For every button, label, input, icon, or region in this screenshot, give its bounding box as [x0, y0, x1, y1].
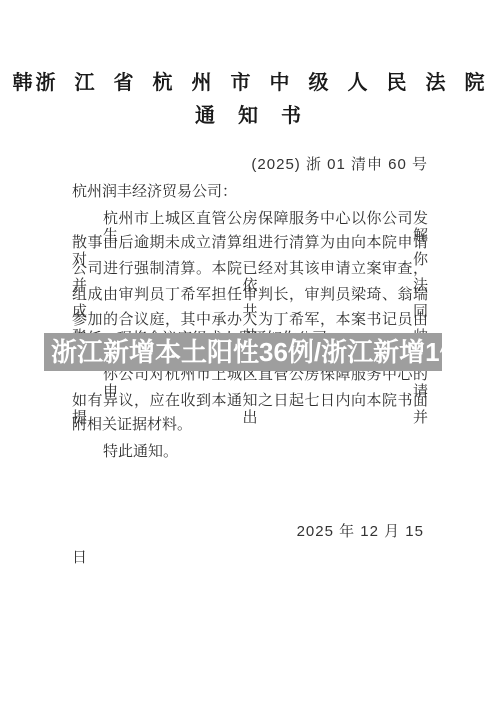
closing-line: 特此通知。: [103, 443, 428, 460]
news-headline-text: 浙江新增本土阳性36例/浙江新增1例: [44, 333, 442, 371]
date-line: 2025 年 12 月 15: [72, 520, 424, 541]
notice-title: 通 知 书: [0, 99, 500, 128]
court-notice-page: 韩浙 江 省 杭 州 市 中 级 人 民 法 院 通 知 书 (2025) 浙 …: [0, 0, 500, 706]
addressee-line: 杭州润丰经济贸易公司：: [72, 183, 428, 200]
court-title: 韩浙 江 省 杭 州 市 中 级 人 民 法 院: [0, 66, 500, 95]
date-wrap-char: 日: [72, 546, 87, 567]
news-headline-overlay: 浙江新增本土阳性36例/浙江新增1例: [44, 333, 442, 371]
body-line: 附相关证据材料。: [72, 416, 428, 433]
case-number: (2025) 浙 01 清申 60 号: [72, 153, 428, 174]
